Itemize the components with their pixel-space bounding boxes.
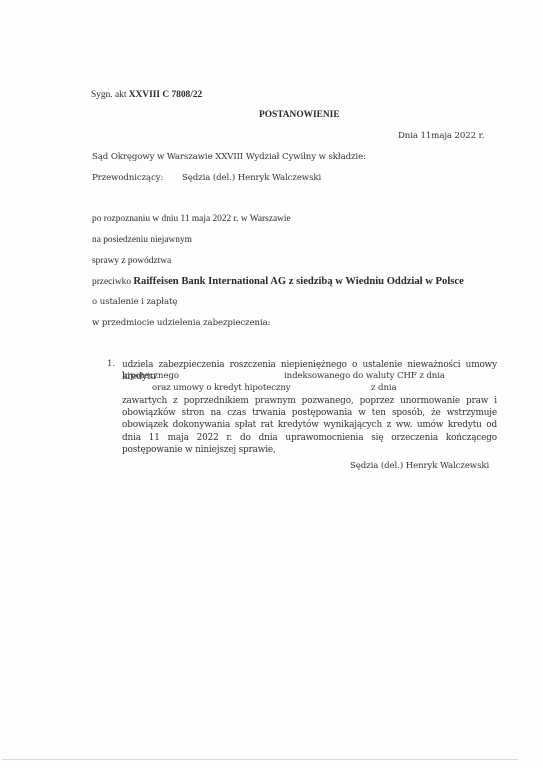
chair-label: Przewodniczący: (92, 173, 163, 184)
against-prefix: przeciwko (92, 277, 133, 287)
court-composition: Sąd Okręgowy w Warszawie XXVIII Wydział … (92, 152, 366, 163)
judge-signature: Sędzia (del.) Henryk Walczewski (350, 461, 489, 472)
ruling-item-number: 1. (107, 359, 115, 370)
ruling-item-line3b: z dnia (371, 383, 397, 394)
session-line: na posiedzeniu niejawnym (92, 235, 192, 246)
case-signature-number: XXVIII C 7808/22 (129, 90, 202, 100)
ruling-item-line2a: hipotecznego (122, 371, 179, 382)
matter-line: w przedmiocie udzielenia zabezpieczenia: (92, 318, 270, 329)
document-page: Sygn. akt XXVIII C 7808/22 POSTANOWIENIE… (0, 0, 543, 768)
ruling-item-line2b: indeksowanego do waluty CHF z dnia (284, 371, 445, 382)
document-title: POSTANOWIENIE (259, 110, 340, 121)
defendant-line: przeciwko Raiffeisen Bank International … (92, 276, 464, 288)
case-signature-prefix: Sygn. akt (91, 90, 129, 100)
chair-name: Sędzia (del.) Henryk Walczewski (182, 173, 321, 184)
considered-line: po rozpoznaniu w dniu 11 maja 2022 r. w … (92, 214, 291, 225)
page-edge-line (2, 759, 518, 760)
case-of-line: sprawy z powództwa (92, 256, 171, 267)
subject-line: o ustalenie i zapłatę (92, 297, 177, 308)
ruling-item-line3a: oraz umowy o kredyt hipoteczny (152, 383, 291, 394)
document-date: Dnia 11maja 2022 r. (398, 131, 484, 142)
defendant-name: Raiffeisen Bank International AG z siedz… (133, 276, 463, 287)
case-signature: Sygn. akt XXVIII C 7808/22 (91, 90, 202, 101)
ruling-item-body: zawartych z poprzednikiem prawnym pozwan… (122, 395, 497, 456)
